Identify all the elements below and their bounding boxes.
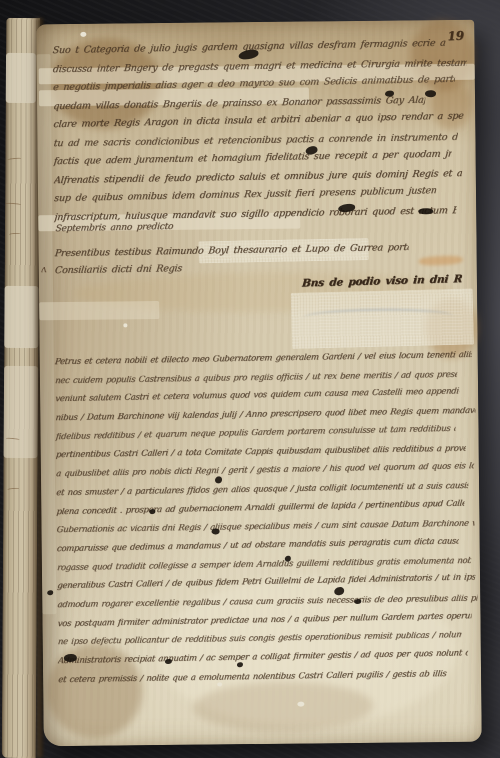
handwriting-line: sup de quibus omnibus idem dominus Rex j…	[54, 186, 437, 205]
paper-chip	[80, 32, 86, 37]
handwriting-line: factis que adem juramentum et homagium f…	[53, 149, 452, 168]
handwriting-line: rogasse quod tradidit collegisse a sempe…	[56, 557, 471, 574]
ink-blot	[354, 599, 361, 604]
paper-chip	[297, 702, 304, 707]
ink-blot	[237, 662, 243, 667]
repair-tape	[39, 301, 159, 320]
ink-blot	[385, 91, 394, 97]
handwriting-line: veniunt salutem Castri et cetera volumus…	[55, 387, 460, 405]
archival-smudge	[419, 255, 463, 266]
ink-blot	[64, 654, 77, 662]
ink-blot	[285, 556, 291, 562]
handwriting-line: Gubernationis ac vicariis dni Regis / al…	[56, 520, 475, 536]
bleedthrough-mark	[9, 233, 21, 238]
handwriting-line: plena concedit . prospera ad gubernacion…	[56, 500, 465, 518]
ink-blot	[165, 659, 172, 664]
handwriting-line: a quibuslibet aliis pro nobis dicti Regn…	[55, 462, 474, 480]
handwriting-line: tu ad me sacris condicionibus et retenci…	[53, 133, 458, 150]
handwriting-line: Petrus et cetera nobili et dilecto meo G…	[54, 351, 472, 368]
handwriting-line: Alfrenatis stipendii de feudo predicto s…	[53, 169, 462, 187]
handwriting-line: et nos smuster / a particulares ffidos g…	[56, 482, 469, 499]
handwriting-line: fidelibus redditibus / et quarum neque p…	[55, 425, 456, 443]
ink-blot	[215, 476, 222, 483]
ink-blot	[211, 528, 220, 535]
handwriting-line: comparuisse que dedimus a mandamus / ut …	[56, 537, 459, 555]
manuscript-page: 19 Suo t Categoria de julio jugis gardem…	[36, 20, 482, 747]
ink-blot	[47, 590, 53, 595]
bleedthrough-mark	[7, 487, 19, 492]
bleedthrough-mark	[7, 157, 21, 162]
stain	[193, 681, 374, 733]
ink-blot	[149, 509, 155, 514]
paper-chip	[123, 323, 127, 327]
stack-patch	[6, 53, 36, 103]
dateline: Septembris anno predicto	[55, 222, 181, 235]
photo-background: 19 Suo t Categoria de julio jugis gardem…	[0, 0, 500, 758]
paragraph-mark: ʌ	[41, 264, 47, 275]
bleedthrough-mark	[5, 202, 21, 207]
handwriting-line: nibus / Datum Barchinone viij kalendas j…	[55, 407, 476, 424]
ink-blot	[418, 208, 433, 215]
handwriting-line: pertinentibus Castri Calleri / a tota Co…	[55, 445, 466, 461]
handwriting-line: nec cuidem populis Castrensibus a quibus…	[54, 371, 457, 387]
